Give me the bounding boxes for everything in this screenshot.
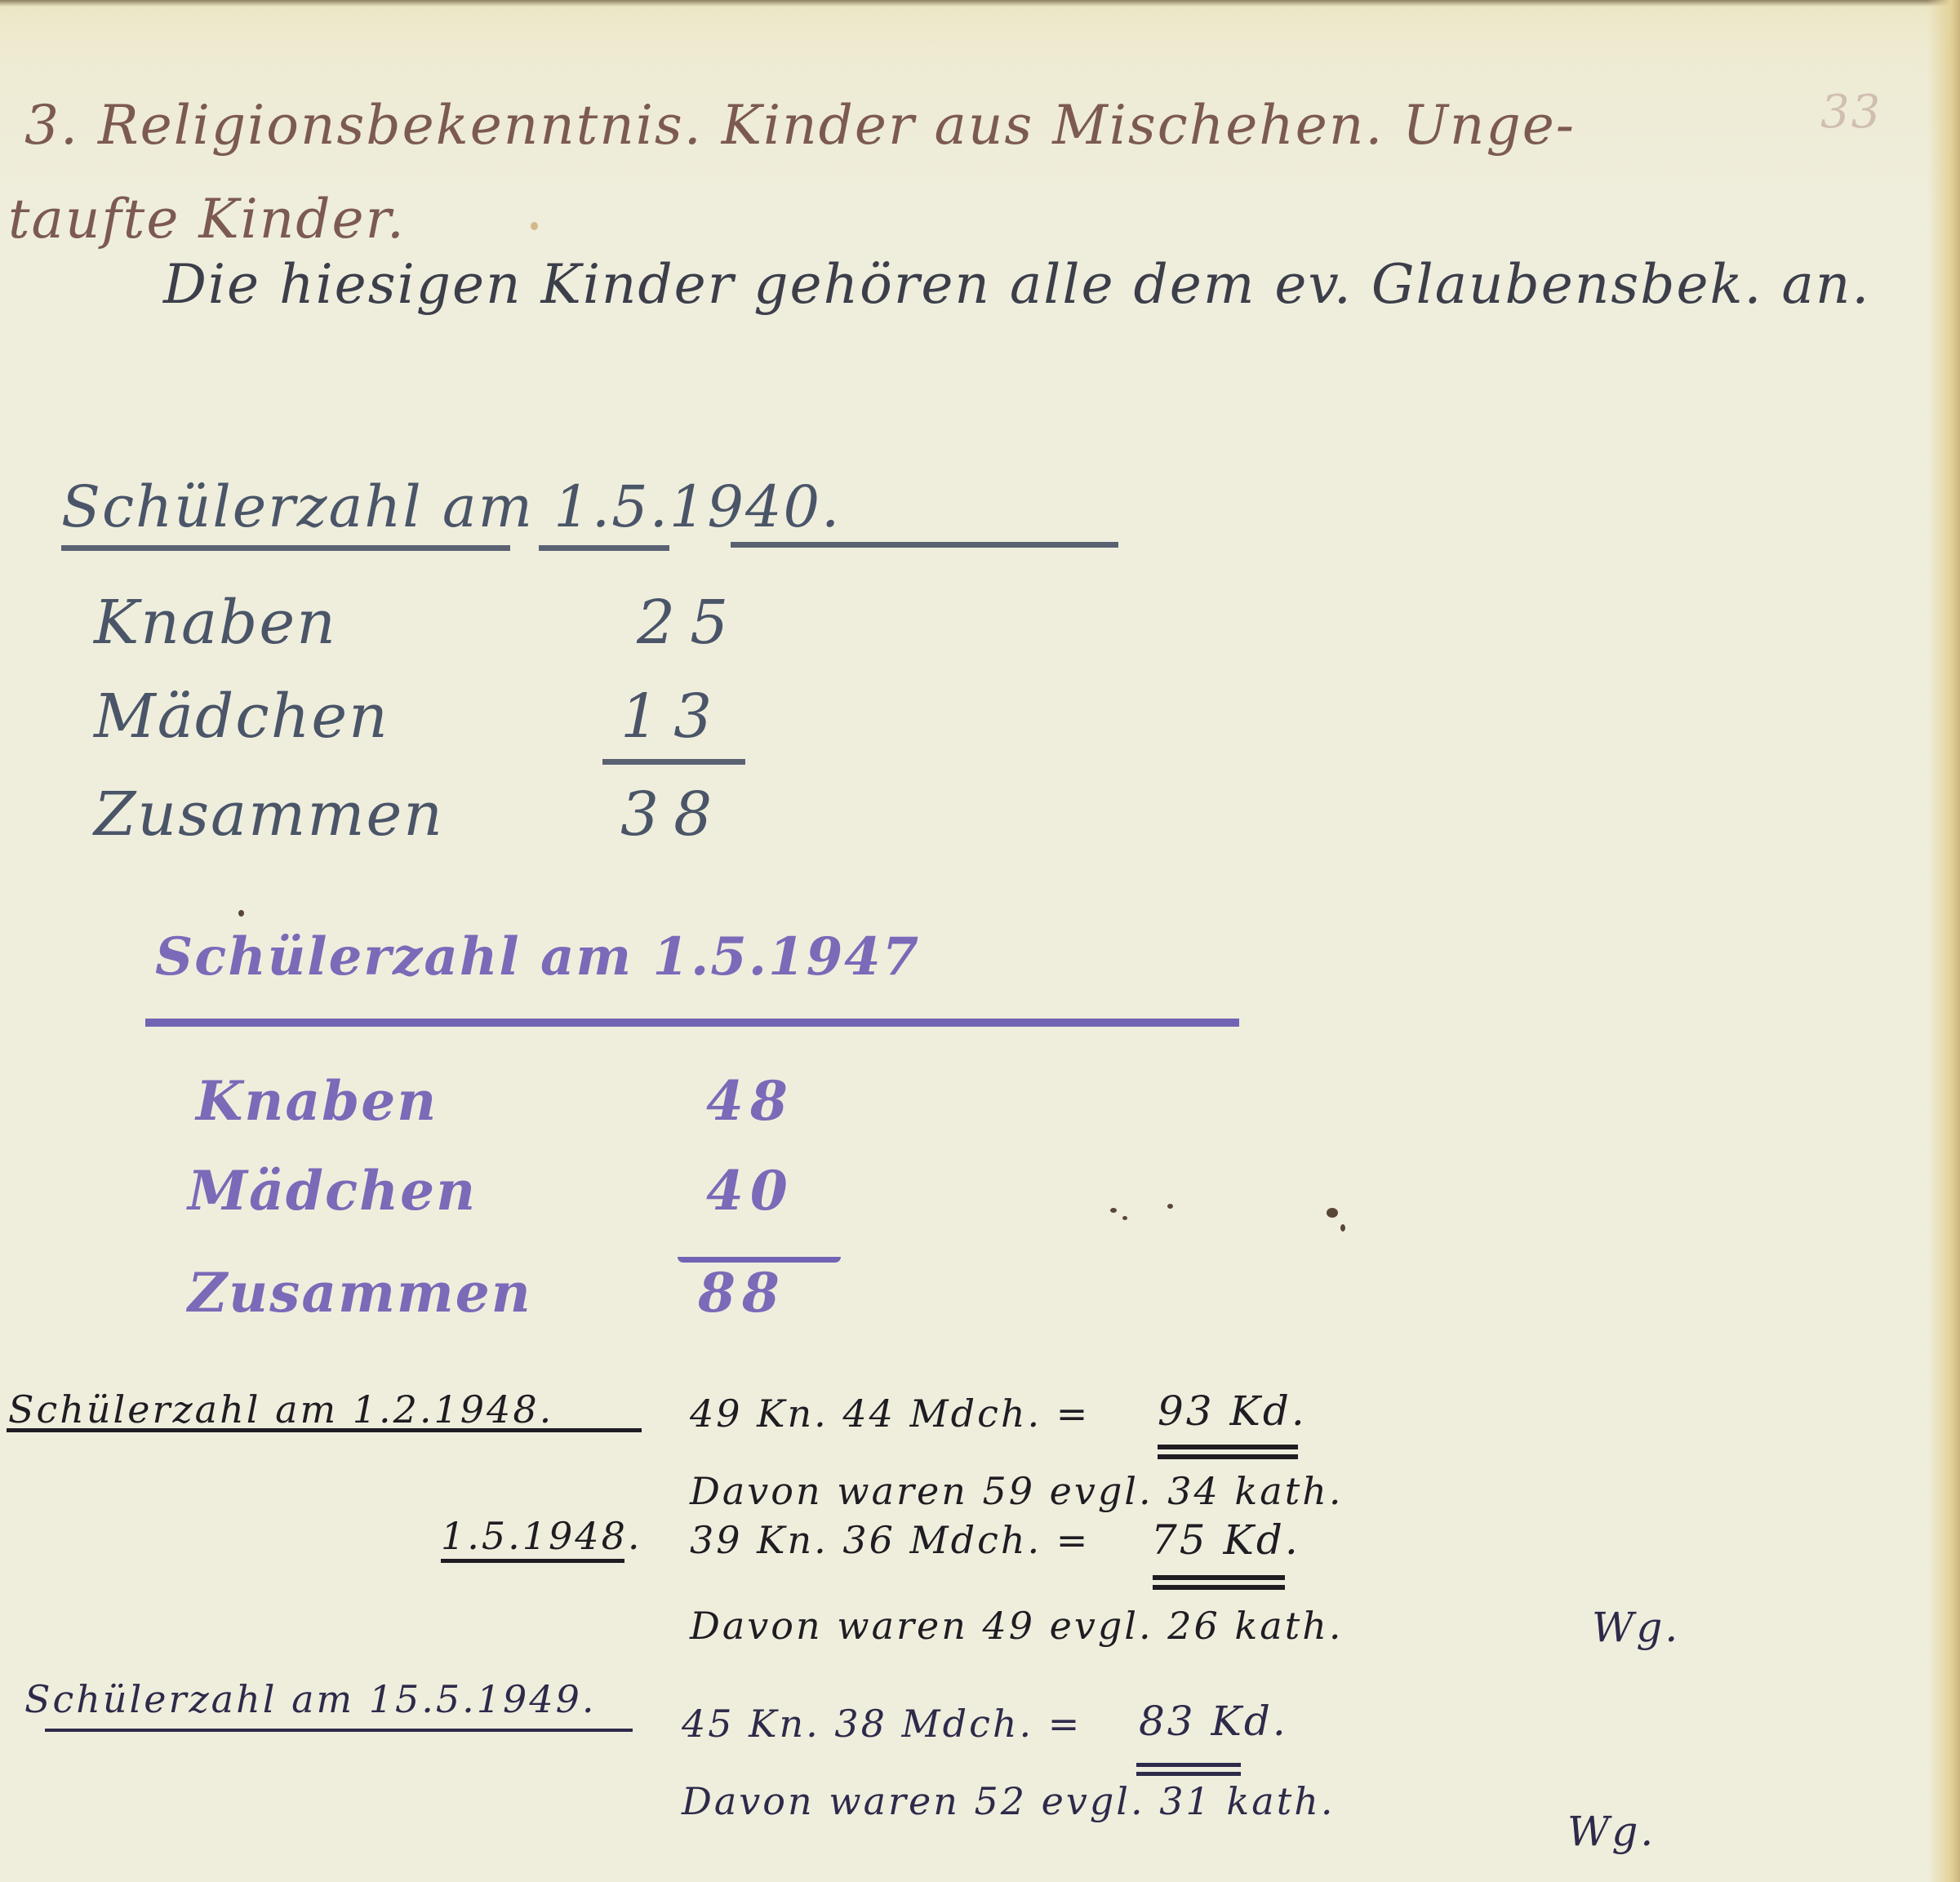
chronicle-page: 3334 3. Religionsbekenntnis. Kinder aus … [0,0,1960,1882]
census-1940-date-underline [731,542,1118,548]
census-1948-may-initials: Wg. [1592,1604,1680,1651]
ink-speck [1167,1204,1173,1209]
census-1949-counts: 45 Kn. 38 Mdch. = [682,1702,1082,1746]
census-1947-label-zusammen: Zusammen [188,1261,532,1325]
census-1949-label: Schülerzahl am 15.5.1949. [24,1677,596,1721]
page-number: 3334 [1820,86,1882,162]
census-1940-label-maedchen: Mädchen [94,681,389,752]
page-number-original: 33 [1820,86,1882,139]
census-1948-may-total-double-underline [1153,1575,1285,1590]
census-1940-value-zusammen: 38 [620,779,727,850]
census-1947-value-zusammen: 88 [698,1261,786,1325]
census-1948-may-denomination: Davon waren 49 evgl. 26 kath. [690,1604,1343,1648]
census-1948-feb-label: Schülerzahl am 1.2.1948. [8,1387,553,1431]
census-1947-value-maedchen: 40 [706,1159,794,1223]
census-1940-title-underline [61,545,510,551]
census-1940-label-zusammen: Zusammen [94,779,444,850]
census-1949-initials: Wg. [1567,1808,1656,1855]
ink-speck [1327,1208,1338,1218]
religion-heading-line2: taufte Kinder. [8,188,406,251]
census-1949-denomination: Davon waren 52 evgl. 31 kath. [682,1779,1335,1823]
census-1949-total: 83 Kd. [1139,1698,1288,1745]
census-1940-value-knaben: 25 [637,588,743,658]
census-1948-feb-total: 93 Kd. [1158,1387,1307,1435]
census-1948-may-counts: 39 Kn. 36 Mdch. = [690,1518,1090,1562]
census-1947-value-knaben: 48 [706,1069,794,1133]
census-1940-sum-line [602,759,745,765]
census-1940-label-knaben: Knaben [94,588,337,658]
census-1947-title-underline [145,1019,1239,1027]
census-1947-title: Schülerzahl am 1.5.1947 [155,926,920,988]
census-1940-am-underline [539,545,669,551]
ink-speck [1340,1224,1345,1232]
religion-statement: Die hiesigen Kinder gehören alle dem ev.… [163,253,1870,316]
census-1947-label-knaben: Knaben [196,1069,438,1133]
census-1948-may-total: 75 Kd. [1151,1516,1300,1564]
ink-speck [238,910,244,917]
census-1948-may-label: 1.5.1948. [441,1514,642,1558]
census-1948-may-underline [441,1559,624,1563]
paper-stain [531,222,538,230]
ink-speck [1110,1208,1117,1213]
religion-heading-line1: 3. Religionsbekenntnis. Kinder aus Misch… [24,94,1576,157]
census-1940-value-maedchen: 13 [620,681,727,752]
census-1948-feb-total-double-underline [1158,1445,1298,1459]
census-1948-feb-counts: 49 Kn. 44 Mdch. = [690,1392,1090,1436]
ink-speck [1122,1216,1127,1220]
census-1948-feb-underline [7,1428,642,1432]
census-1947-label-maedchen: Mädchen [188,1159,477,1223]
census-1949-total-double-underline [1136,1763,1241,1776]
census-1948-feb-denomination: Davon waren 59 evgl. 34 kath. [690,1469,1343,1513]
census-1949-underline [45,1729,633,1732]
census-1940-title: Schülerzahl am 1.5.1940. [61,473,841,540]
